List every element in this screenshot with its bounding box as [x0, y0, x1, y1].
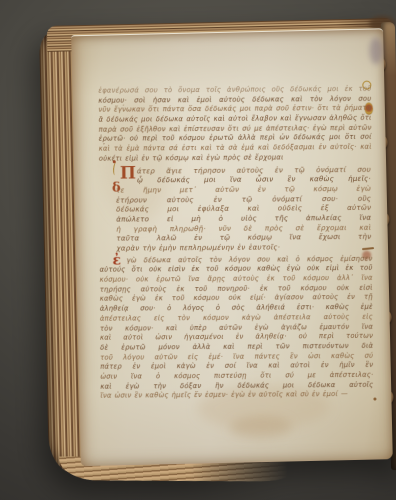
stain	[369, 37, 383, 64]
codex-book: ἐφανέρωσά σου τὸ ὄνομα τοῖς ἀνθρώποις οὓ…	[33, 12, 396, 486]
rubricated-initial-delta: δ	[112, 180, 121, 195]
paragraph-block: ἐφανέρωσά σου τὸ ὄνομα τοῖς ἀνθρώποις οὓ…	[98, 85, 372, 164]
paragraph-block: ἐ γὼ δέδωκα αὐτοῖς τὸν λόγον σου καὶ ὁ κ…	[99, 254, 373, 401]
paragraph-block: Π δ άτερ ἅγιε τήρησον αὐτοὺς ἐν τῷ ὀνόμα…	[116, 164, 372, 253]
text-column: ἐφανέρωσά σου τὸ ὄνομα τοῖς ἀνθρώποις οὓ…	[98, 85, 373, 407]
text-line: ἐφανέρωσά σου τὸ ὄνομα τοῖς ἀνθρώποις οὓ…	[98, 85, 371, 97]
page-dot-icon	[373, 397, 376, 400]
manuscript-page: ἐφανέρωσά σου τὸ ὄνομα τοῖς ἀνθρώποις οὓ…	[71, 28, 393, 466]
rubricated-initial-epsilon: ἐ	[112, 252, 121, 268]
rubricated-initial-pi: Π	[120, 163, 136, 183]
text-line: χαρὰν τὴν ἐμὴν πεπληρωμένην ἐν ἑαυτοῖς·	[116, 242, 371, 253]
text-line: οὐκέτι εἰμὶ ἐν τῷ κόσμῳ καὶ ἐγὼ πρὸς σὲ …	[99, 153, 372, 165]
stain	[230, 415, 292, 438]
text-line: ἵνα ὦσιν ἓν καθὼς ἡμεῖς ἕν ἐσμεν· ἐγὼ ἐν…	[100, 390, 373, 402]
manuscript-photo: ἐφανέρωσά σου τὸ ὄνομα τοῖς ἀνθρώποις οὓ…	[0, 0, 396, 500]
